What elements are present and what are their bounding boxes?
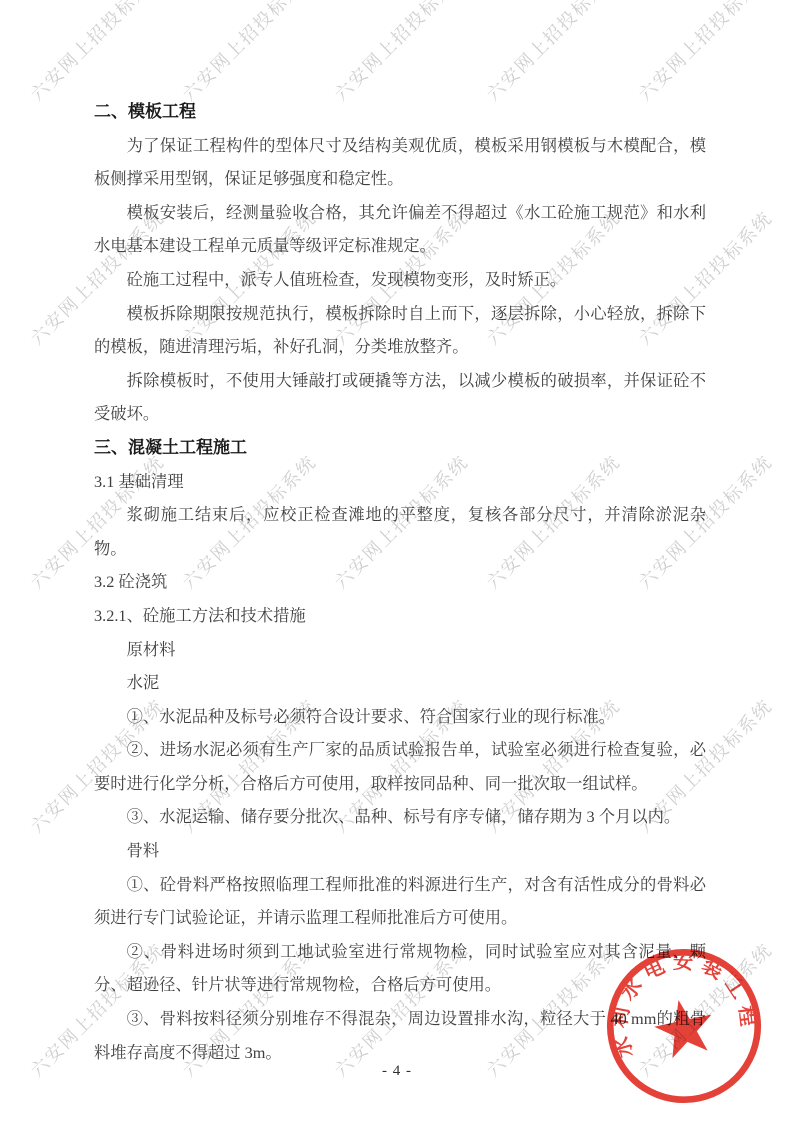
paragraph: ②、进场水泥必须有生产厂家的品质试验报告单，试验室必须进行检查复验，必要时进行化… <box>94 733 706 800</box>
paragraph: 为了保证工程构件的型体尺寸及结构美观优质，模板采用钢模板与木模配合，模板侧撑采用… <box>94 129 706 196</box>
paragraph: ②、骨料进场时须到工地试验室进行常规物检，同时试验室应对其含泥量、颗分、超逊径、… <box>94 935 706 1002</box>
paragraph: ③、水泥运输、储存要分批次、品种、标号有序专储，储存期为 3 个月以内。 <box>94 800 706 834</box>
paragraph: 模板拆除期限按规范执行，模板拆除时自上而下，逐层拆除，小心轻放，拆除下的模板，随… <box>94 297 706 364</box>
paragraph: ①、砼骨料严格按照临理工程师批准的料源进行生产，对含有活性成分的骨料必须进行专门… <box>94 868 706 935</box>
paragraph: 骨料 <box>94 834 706 868</box>
paragraph: 3.1 基础清理 <box>94 465 706 499</box>
paragraph: 拆除模板时，不使用大锤敲打或硬撬等方法，以减少模板的破损率，并保证砼不受破坏。 <box>94 364 706 431</box>
paragraph: 模板安装后，经测量验收合格，其允许偏差不得超过《水工砼施工规范》和水利水电基本建… <box>94 196 706 263</box>
section-heading: 三、混凝土工程施工 <box>94 431 706 465</box>
paragraph: 3.2 砼浇筑 <box>94 565 706 599</box>
paragraph: 浆砌施工结束后，应校正检查滩地的平整度，复核各部分尺寸，并清除淤泥杂物。 <box>94 498 706 565</box>
document-page: 六安网上招投标系统六安网上招投标系统六安网上招投标系统六安网上招投标系统六安网上… <box>0 0 794 1122</box>
document-body: 二、模板工程为了保证工程构件的型体尺寸及结构美观优质，模板采用钢模板与木模配合，… <box>94 0 706 1069</box>
section-heading: 二、模板工程 <box>94 95 706 129</box>
page-number: - 4 - <box>382 1063 412 1079</box>
paragraph: ①、水泥品种及标号必须符合设计要求、符合国家行业的现行标准。 <box>94 700 706 734</box>
paragraph: 砼施工过程中，派专人值班检查，发现模物变形，及时矫正。 <box>94 263 706 297</box>
paragraph: ③、骨料按料径须分别堆存不得混杂，周边设置排水沟，粒径大于 40 mm的粗骨料堆… <box>94 1002 706 1069</box>
paragraph: 原材料 <box>94 633 706 667</box>
page-footer: - 4 - <box>0 1063 794 1080</box>
paragraph: 水泥 <box>94 666 706 700</box>
paragraph: 3.2.1、砼施工方法和技术措施 <box>94 599 706 633</box>
